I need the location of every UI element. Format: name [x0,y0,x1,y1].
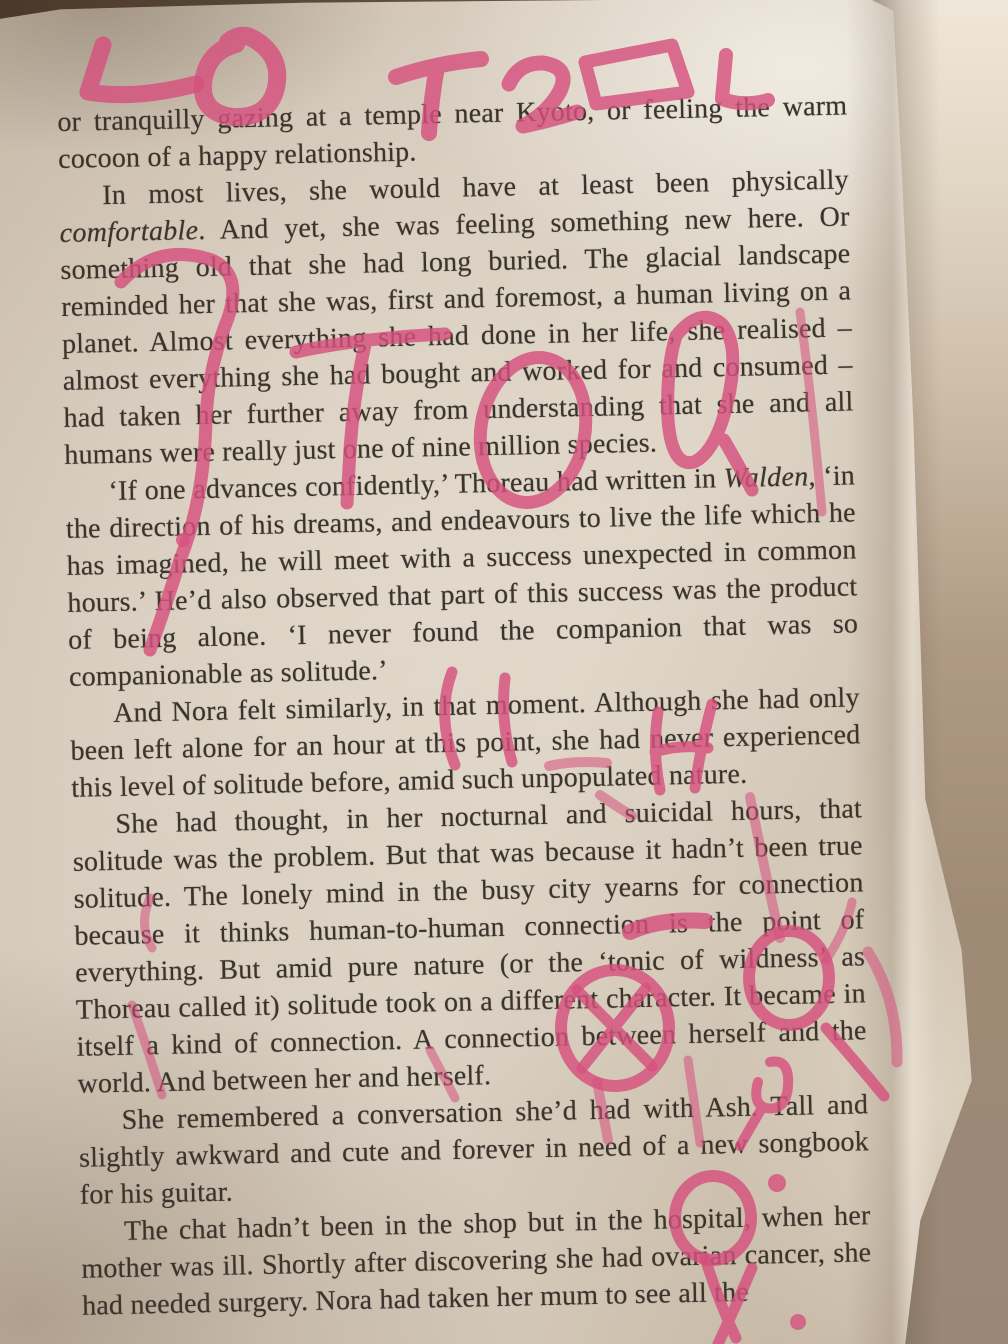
book-photo: crrtatvt or tranquilly gazing at a templ… [0,0,1008,1344]
paragraph: She remembered a conversation she’d had … [78,1086,870,1214]
page-text: or tranquilly gazing at a temple near Ky… [57,87,872,1324]
paragraph: The chat hadn’t been in the shop but in … [80,1197,872,1325]
paragraph: She had thought, in her nocturnal and su… [72,790,868,1102]
paragraph: In most lives, she would have at least b… [59,161,855,473]
book-page: or tranquilly gazing at a temple near Ky… [0,0,1008,1344]
paragraph: ‘If one advances confidently,’ Thoreau h… [65,457,859,695]
paragraph: or tranquilly gazing at a temple near Ky… [57,87,848,178]
paragraph: And Nora felt similarly, in that moment.… [69,679,861,807]
